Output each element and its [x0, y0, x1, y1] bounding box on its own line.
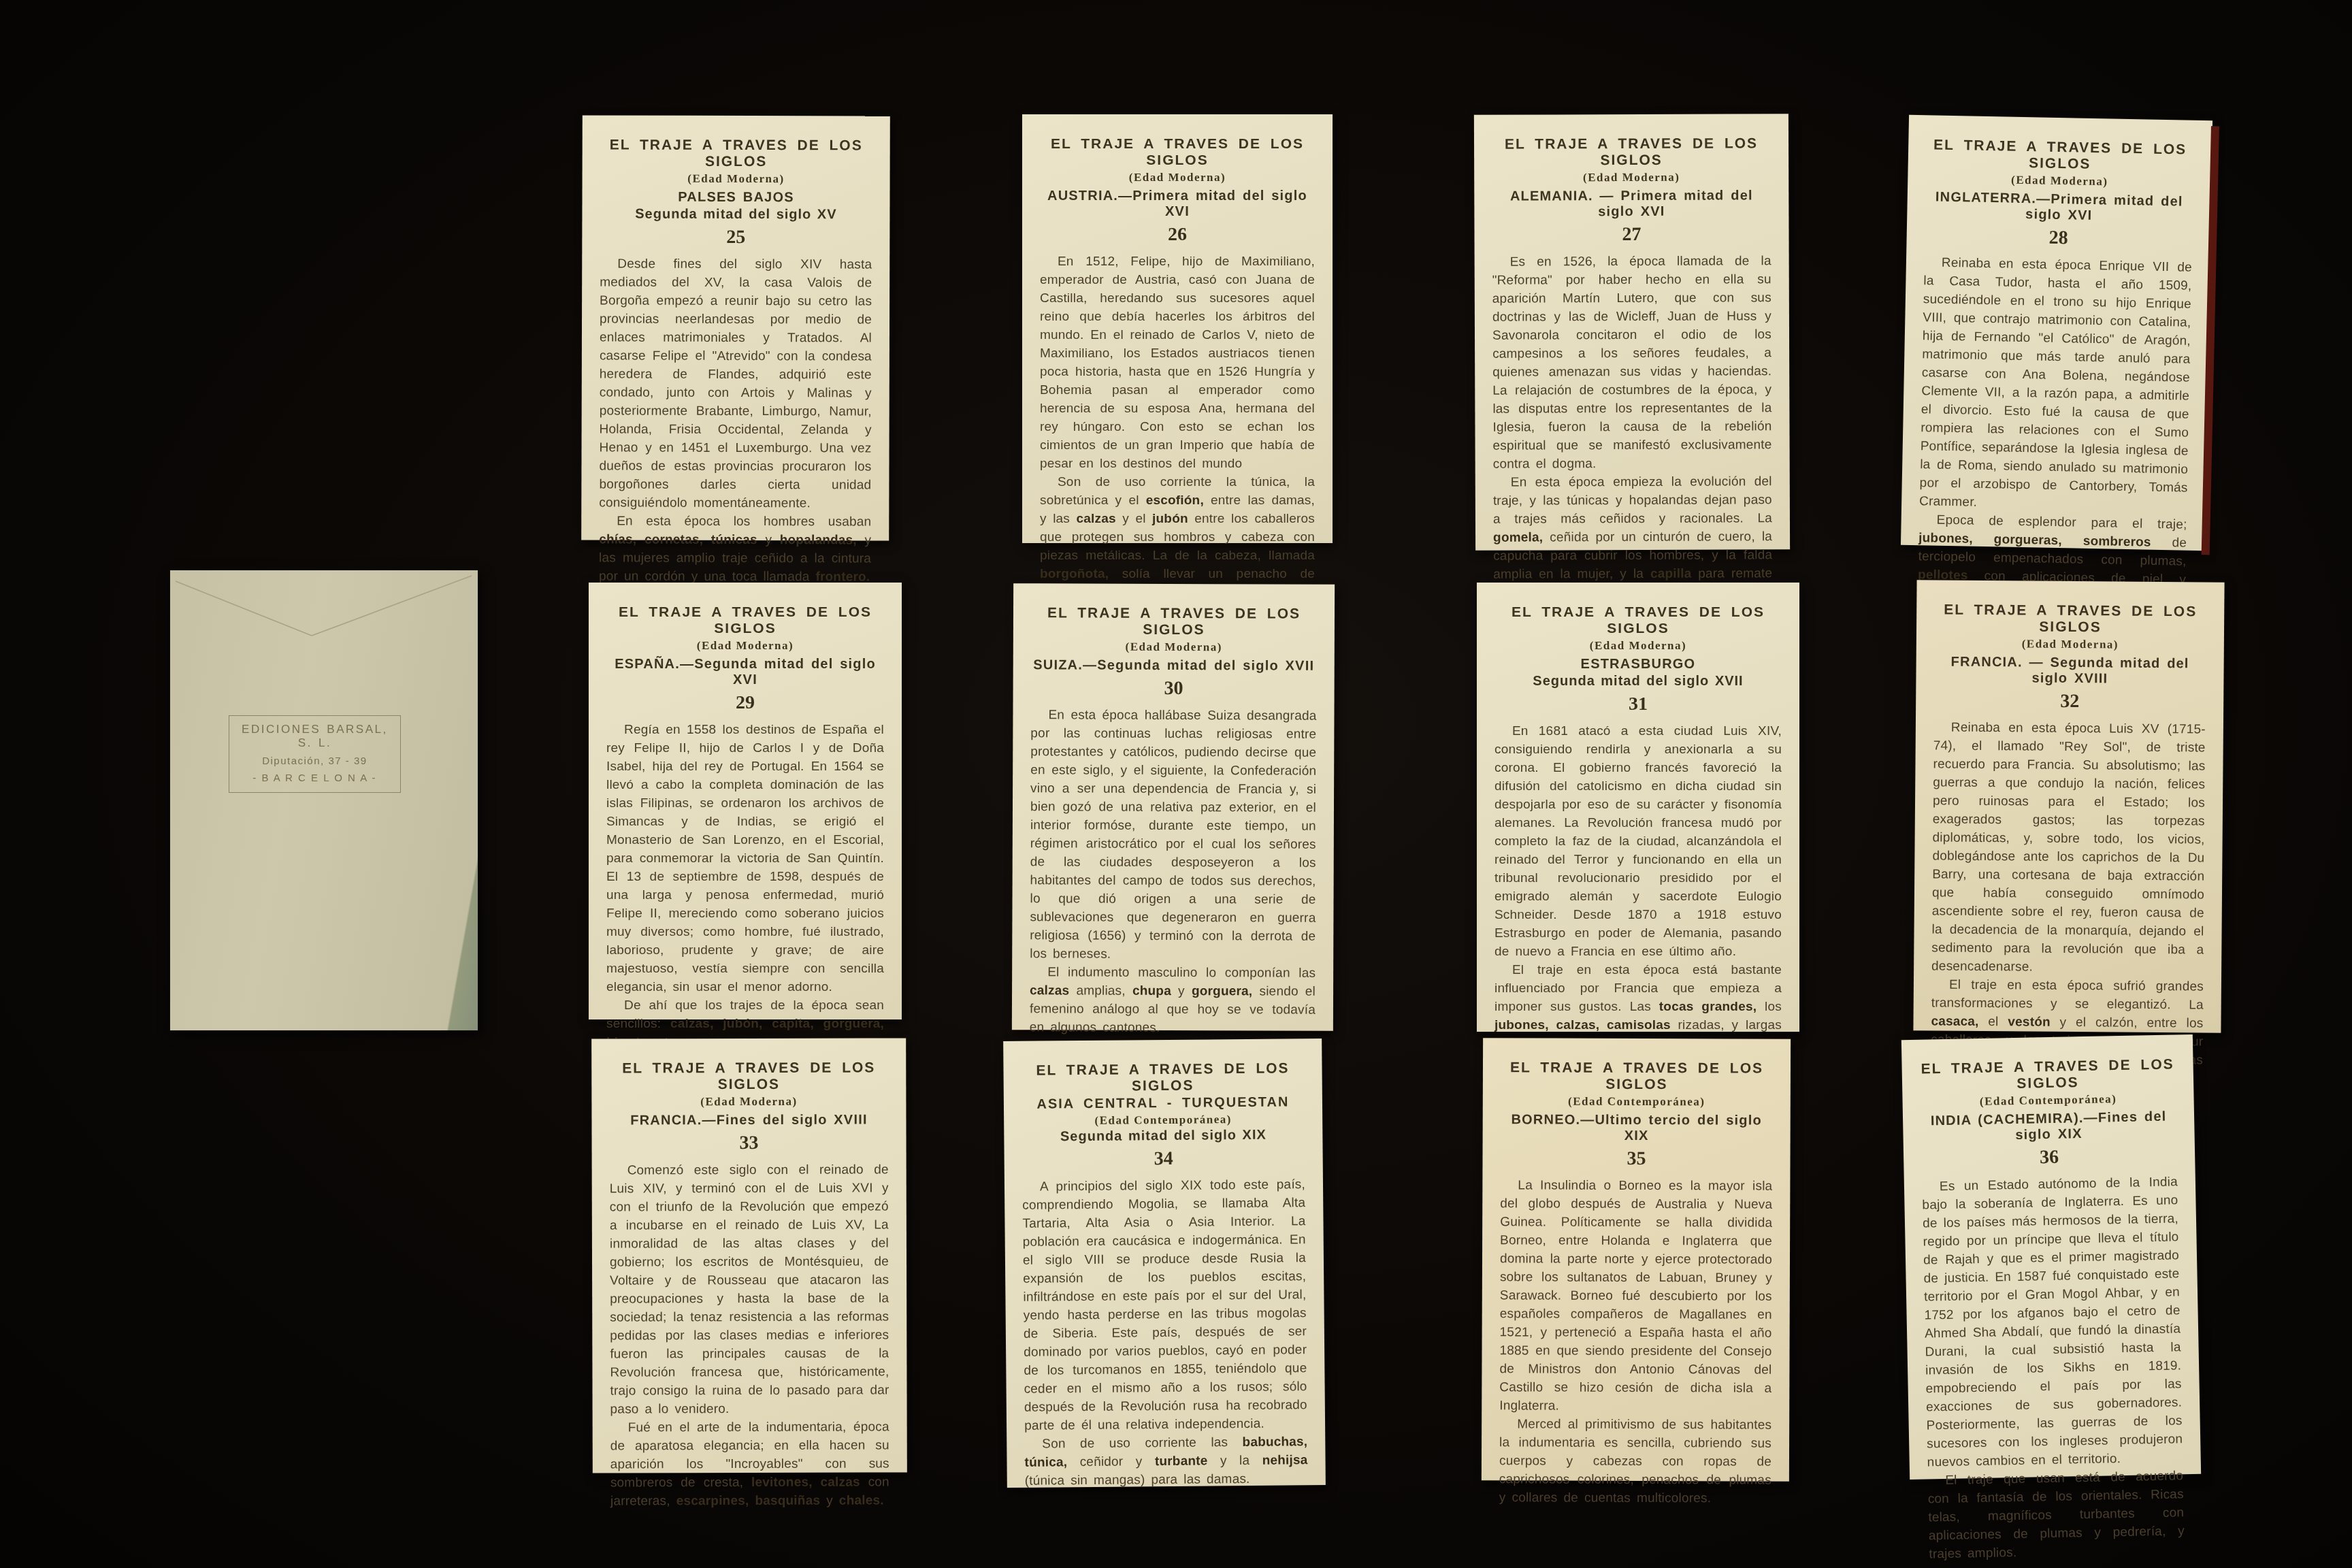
card-32-era: (Edad Moderna): [1934, 636, 2206, 652]
publisher-address: Diputación, 37 - 39: [235, 755, 395, 767]
card-29: EL TRAJE A TRAVES DE LOS SIGLOS (Edad Mo…: [589, 583, 902, 1019]
card-30-paragraph-2: El indumento masculino lo componían las …: [1030, 963, 1316, 1037]
card-31-series-title: EL TRAJE A TRAVES DE LOS SIGLOS: [1494, 604, 1782, 637]
card-30-era: (Edad Moderna): [1031, 640, 1317, 654]
card-28-series-title: EL TRAJE A TRAVES DE LOS SIGLOS: [1926, 137, 2195, 175]
card-34-period: Segunda mitad del siglo XIX: [1022, 1127, 1305, 1145]
card-34-paragraph-1: A principios del siglo XIX todo este paí…: [1022, 1175, 1307, 1435]
card-27-era: (Edad Moderna): [1492, 170, 1771, 184]
photo-of-card-set: EDICIONES BARSAL, S. L. Diputación, 37 -…: [0, 0, 2352, 1568]
publisher-name: EDICIONES BARSAL, S. L.: [235, 723, 395, 750]
card-32-region: FRANCIA. — Segunda mitad del siglo XVIII: [1933, 654, 2206, 687]
card-32: EL TRAJE A TRAVES DE LOS SIGLOS (Edad Mo…: [1913, 580, 2224, 1033]
card-26-number: 26: [1040, 224, 1315, 246]
card-31: EL TRAJE A TRAVES DE LOS SIGLOS (Edad Mo…: [1477, 583, 1799, 1032]
card-28: EL TRAJE A TRAVES DE LOS SIGLOS (Edad Mo…: [1901, 115, 2212, 551]
card-34-era: (Edad Contemporánea): [1022, 1112, 1305, 1128]
card-33-era: (Edad Moderna): [609, 1094, 888, 1109]
card-33-number: 33: [610, 1132, 889, 1154]
card-36-region: INDIA (CACHEMIRA).—Fines del siglo XIX: [1921, 1109, 2177, 1145]
card-26-era: (Edad Moderna): [1040, 171, 1315, 184]
envelope-flap-crease-lines: [170, 570, 478, 1030]
card-33-region: FRANCIA.—Fines del siglo XVIII: [609, 1112, 888, 1128]
card-25-period: Segunda mitad del siglo XV: [600, 206, 872, 223]
card-28-number: 28: [1924, 225, 2193, 252]
card-25-era: (Edad Moderna): [600, 171, 872, 186]
card-26-paragraph-1: En 1512, Felipe, hijo de Maximiliano, em…: [1040, 252, 1315, 473]
card-36-paragraph-1: Es un Estado autónomo de la India bajo l…: [1922, 1173, 2183, 1471]
card-28-region: INGLATERRA.—Primera mitad del siglo XVI: [1925, 189, 2193, 226]
card-33: EL TRAJE A TRAVES DE LOS SIGLOS (Edad Mo…: [591, 1038, 907, 1473]
card-35-region: BORNEO.—Ultimo tercio del siglo XIX: [1501, 1112, 1773, 1144]
card-27: EL TRAJE A TRAVES DE LOS SIGLOS (Edad Mo…: [1474, 114, 1790, 551]
card-34-number: 34: [1022, 1147, 1305, 1171]
card-30: EL TRAJE A TRAVES DE LOS SIGLOS (Edad Mo…: [1012, 583, 1335, 1031]
publisher-city: - B A R C E L O N A -: [235, 772, 395, 784]
card-25-paragraph-2: En esta época los hombres usaban chías, …: [599, 512, 871, 586]
card-35-paragraph-2: Merced al primitivismo de sus habitantes…: [1499, 1415, 1771, 1507]
card-28-paragraph-1: Reinaba en esta época Enrique VII de la …: [1919, 253, 2192, 515]
card-31-paragraph-1: En 1681 atacó a esta ciudad Luis XIV, co…: [1494, 722, 1782, 961]
card-36-number: 36: [1921, 1144, 2178, 1171]
card-33-paragraph-1: Comenzó este siglo con el reinado de Lui…: [610, 1160, 889, 1418]
card-29-series-title: EL TRAJE A TRAVES DE LOS SIGLOS: [606, 604, 884, 637]
card-box: EDICIONES BARSAL, S. L. Diputación, 37 -…: [170, 570, 478, 1030]
card-33-paragraph-2: Fué en el arte de la indumentaria, época…: [610, 1418, 889, 1510]
card-31-period: Segunda mitad del siglo XVII: [1494, 674, 1782, 689]
card-36-paragraph-2: El traje que usan está de acuerdo con la…: [1927, 1467, 2185, 1563]
card-35-era: (Edad Contemporánea): [1501, 1094, 1773, 1109]
card-35: EL TRAJE A TRAVES DE LOS SIGLOS (Edad Co…: [1482, 1038, 1791, 1482]
card-28-era: (Edad Moderna): [1925, 171, 2193, 191]
card-25-paragraph-1: Desde fines del siglo XIV hasta mediados…: [599, 255, 872, 512]
card-34-paragraph-2: Son de uso corriente las babuchas, túnic…: [1024, 1433, 1308, 1490]
card-26: EL TRAJE A TRAVES DE LOS SIGLOS (Edad Mo…: [1022, 114, 1333, 543]
card-35-series-title: EL TRAJE A TRAVES DE LOS SIGLOS: [1501, 1060, 1773, 1093]
card-25: EL TRAJE A TRAVES DE LOS SIGLOS (Edad Mo…: [581, 115, 890, 540]
card-34-series-title: EL TRAJE A TRAVES DE LOS SIGLOS: [1021, 1060, 1304, 1096]
card-32-series-title: EL TRAJE A TRAVES DE LOS SIGLOS: [1934, 602, 2206, 636]
card-26-series-title: EL TRAJE A TRAVES DE LOS SIGLOS: [1040, 136, 1315, 169]
card-32-paragraph-1: Reinaba en esta época Luis XV (1715-74),…: [1931, 718, 2206, 977]
card-35-paragraph-1: La Insulindia o Borneo es la mayor isla …: [1499, 1176, 1772, 1416]
card-30-series-title: EL TRAJE A TRAVES DE LOS SIGLOS: [1031, 605, 1317, 638]
card-35-number: 35: [1500, 1147, 1772, 1170]
card-29-paragraph-1: Regía en 1558 los destinos de España el …: [606, 721, 884, 996]
card-36-series-title: EL TRAJE A TRAVES DE LOS SIGLOS: [1919, 1056, 2176, 1094]
card-32-number: 32: [1933, 689, 2206, 713]
card-27-series-title: EL TRAJE A TRAVES DE LOS SIGLOS: [1492, 135, 1771, 169]
card-33-series-title: EL TRAJE A TRAVES DE LOS SIGLOS: [609, 1060, 888, 1093]
card-30-paragraph-1: En esta época hallábase Suiza desangrada…: [1030, 706, 1316, 964]
card-27-number: 27: [1492, 223, 1771, 246]
card-36: EL TRAJE A TRAVES DE LOS SIGLOS (Edad Co…: [1901, 1034, 2201, 1480]
publisher-stamp: EDICIONES BARSAL, S. L. Diputación, 37 -…: [229, 715, 401, 793]
card-29-region: ESPAÑA.—Segunda mitad del siglo XVI: [606, 657, 884, 688]
card-27-region: ALEMANIA. — Primera mitad del siglo XVI: [1492, 188, 1771, 220]
card-25-number: 25: [600, 226, 872, 248]
card-27-paragraph-1: Es en 1526, la época llamada de la "Refo…: [1492, 252, 1772, 473]
card-31-region: ESTRASBURGO: [1494, 657, 1782, 672]
card-29-number: 29: [606, 692, 884, 714]
card-31-era: (Edad Moderna): [1494, 639, 1782, 653]
card-26-region: AUSTRIA.—Primera mitad del siglo XVI: [1040, 189, 1315, 220]
card-29-era: (Edad Moderna): [606, 639, 884, 653]
card-30-region: SUIZA.—Segunda mitad del siglo XVII: [1031, 657, 1317, 674]
card-34: EL TRAJE A TRAVES DE LOS SIGLOS ASIA CEN…: [1003, 1039, 1326, 1488]
card-30-number: 30: [1031, 677, 1317, 700]
card-31-number: 31: [1494, 693, 1782, 715]
card-36-era: (Edad Contemporánea): [1920, 1091, 2176, 1109]
card-25-region: PALSES BAJOS: [600, 189, 872, 206]
card-34-region: ASIA CENTRAL - TURQUESTAN: [1022, 1094, 1305, 1113]
card-26-paragraph-2: Son de uso corriente la túnica, la sobre…: [1040, 473, 1315, 602]
card-25-series-title: EL TRAJE A TRAVES DE LOS SIGLOS: [600, 137, 872, 170]
